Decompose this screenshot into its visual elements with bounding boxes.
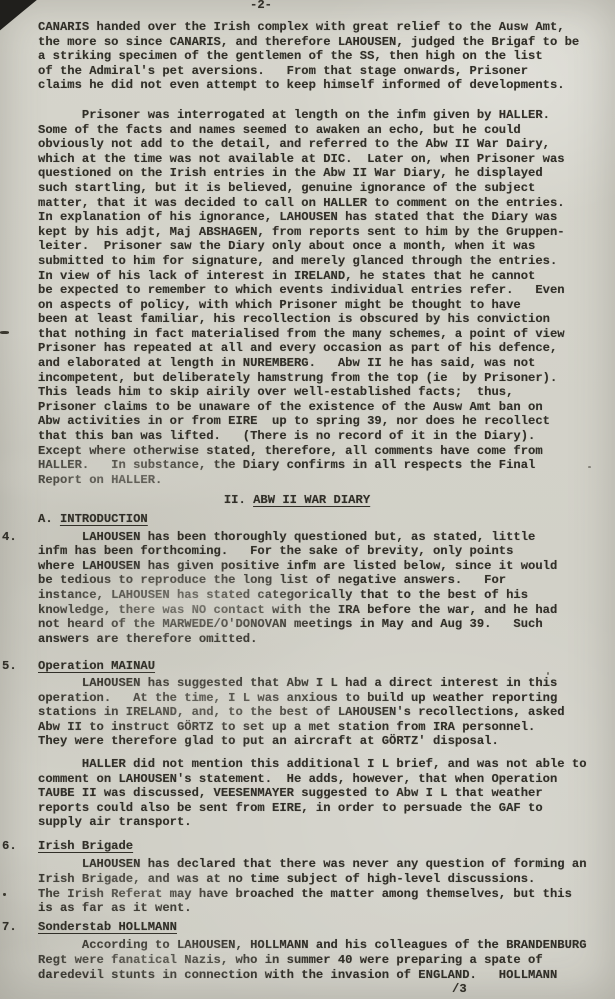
section-5-paragraph-2: HALLER did not mention this additional I… bbox=[38, 757, 600, 830]
ink-speck bbox=[3, 893, 6, 896]
numbered-section-7: 7. Sonderstab HOLLMANN According to LAHO… bbox=[38, 920, 600, 982]
section-6-heading-text: Irish Brigade bbox=[38, 839, 133, 853]
scanned-document-page: -2- CANARIS handed over the Irish comple… bbox=[0, 0, 615, 999]
section-7-heading: Sonderstab HOLLMANN bbox=[38, 920, 600, 935]
section-4-paragraph: LAHOUSEN has been thoroughly questioned … bbox=[38, 530, 600, 647]
section-4-number: 4. bbox=[2, 530, 17, 545]
section-heading-abw-war-diary: II. ABW II WAR DIARY bbox=[38, 493, 556, 508]
numbered-section-5: 5. Operation MAINAU LAHOUSEN has suggest… bbox=[38, 659, 600, 830]
section-6-paragraph: LAHOUSEN has declared that there was nev… bbox=[38, 857, 600, 915]
section-5-paragraph-1: LAHOUSEN has suggested that Abw I L had … bbox=[38, 676, 600, 749]
subsection-heading-prefix: A. bbox=[38, 512, 60, 526]
ink-speck bbox=[547, 672, 549, 675]
section-7-number: 7. bbox=[2, 920, 17, 935]
subsection-heading-title: INTRODUCTION bbox=[60, 512, 148, 526]
section-heading-prefix: II. bbox=[224, 493, 253, 507]
section-5-heading-text: Operation MAINAU bbox=[38, 659, 155, 673]
ink-speck bbox=[588, 466, 591, 468]
paragraph-canaris: CANARIS handed over the Irish complex wi… bbox=[38, 20, 600, 93]
section-6-heading: Irish Brigade bbox=[38, 839, 600, 854]
section-7-heading-text: Sonderstab HOLLMANN bbox=[38, 920, 177, 934]
section-6-number: 6. bbox=[2, 839, 17, 854]
scan-corner-shadow bbox=[0, 0, 40, 32]
section-5-number: 5. bbox=[2, 659, 17, 674]
numbered-section-6: 6. Irish Brigade LAHOUSEN has declared t… bbox=[38, 839, 600, 916]
paragraph-prisoner-interrogation: Prisoner was interrogated at length on t… bbox=[38, 108, 600, 487]
section-7-paragraph: According to LAHOUSEN, HOLLMANN and his … bbox=[38, 938, 600, 982]
subsection-heading-introduction: A. INTRODUCTION bbox=[38, 512, 600, 527]
numbered-section-4: 4. LAHOUSEN has been thoroughly question… bbox=[38, 530, 600, 647]
ink-speck bbox=[0, 331, 9, 334]
section-5-heading: Operation MAINAU bbox=[38, 659, 600, 674]
section-heading-title: ABW II WAR DIARY bbox=[253, 493, 370, 507]
page-number: -2- bbox=[250, 0, 272, 13]
text-column: CANARIS handed over the Irish complex wi… bbox=[38, 20, 600, 982]
continuation-mark: /3 bbox=[452, 982, 467, 997]
